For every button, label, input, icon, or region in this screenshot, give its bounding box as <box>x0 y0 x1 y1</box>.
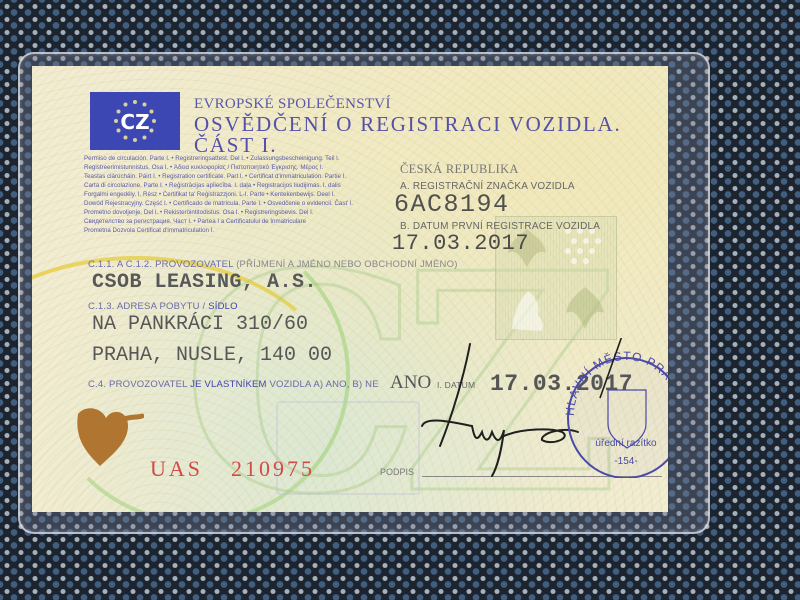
field-c13-label-prefix: C.1.3. ADRESA POBYTU / <box>88 301 205 312</box>
eagle-icon <box>556 279 614 338</box>
first-registration-date-value: 17.03.2017 <box>392 231 529 256</box>
registration-certificate: CZ CZ EVROPSKÉ SPOLEČENSTVÍ OSVĚDČENÍ O … <box>32 66 668 512</box>
multilang-line: Carta di circolazione. Parte I. • Reģist… <box>84 181 364 190</box>
multilang-line: Registreerimistunnistus. Osa I. • Άδεια … <box>84 163 364 172</box>
field-c13-label: C.1.3. ADRESA POBYTU / SÍDLO <box>88 301 238 312</box>
document-serial-number: UAS210975 <box>150 456 315 482</box>
field-c11-label-suffix: (PŘÍJMENÍ A JMÉNO NEBO OBCHODNÍ JMÉNO) <box>236 259 457 270</box>
signature-label: PODPIS <box>380 467 414 477</box>
header-community: EVROPSKÉ SPOLEČENSTVÍ <box>194 96 391 113</box>
lion-icon <box>498 279 556 338</box>
linden-leaf-hologram-icon <box>72 404 144 468</box>
handwritten-signature <box>412 336 582 486</box>
field-c4-label-mid: JE VLASTNÍKEM <box>190 379 267 390</box>
stamp-number: -154- <box>614 456 637 467</box>
field-c4-label-suffix: VOZIDLA a) ANO, b) NE <box>270 379 379 390</box>
field-c11-label: C.1.1. a C.1.2. PROVOZOVATEL (PŘÍJMENÍ A… <box>88 259 458 270</box>
multilang-line: Prometno dovoljenje. Del I. • Rekisteröi… <box>84 208 364 217</box>
country-code: CZ <box>90 110 180 134</box>
multilang-line: Prometna Dozvola Certificat d'immatricul… <box>84 226 364 235</box>
field-c13-label-suffix: SÍDLO <box>208 301 238 312</box>
operator-name-value: CSOB LEASING, A.S. <box>92 271 317 294</box>
serial-series: UAS <box>150 456 203 481</box>
registration-plate-value: 6AC8194 <box>394 190 510 219</box>
multilang-line: Свидетелство за регистрация. Част I. • P… <box>84 217 364 226</box>
address-line-1: NA PANKRÁCI 310/60 <box>92 313 308 336</box>
multilang-line: Permiso de circulación. Parte I. • Regis… <box>84 154 364 163</box>
eu-cz-flag-icon: CZ <box>90 92 180 150</box>
address-line-2: PRAHA, NUSLE, 140 00 <box>92 344 332 367</box>
field-c4-label: C.4. PROVOZOVATEL JE VLASTNÍKEM VOZIDLA … <box>88 379 379 390</box>
issuer-country: ČESKÁ REPUBLIKA <box>400 162 519 177</box>
field-c11-label-prefix: C.1.1. a C.1.2. PROVOZOVATEL <box>88 259 233 270</box>
serial-number: 210975 <box>231 456 315 481</box>
multilang-line: Dowód Rejestracyjny. Część I. • Certific… <box>84 199 364 208</box>
multilingual-titles: Permiso de circulación. Parte I. • Regis… <box>84 154 364 235</box>
stamp-inner-text: úřední razítko <box>595 438 657 449</box>
multilang-line: Forgalmi engedély. I. Rész • Ċertifikat … <box>84 190 364 199</box>
field-c4-label-prefix: C.4. PROVOZOVATEL <box>88 379 187 390</box>
multilang-line: Teastas clárúcháin. Páirt I. • Registrat… <box>84 172 364 181</box>
official-stamp: HLAVNÍ MĚSTO PRAHA úřední razítko -154- <box>560 338 668 478</box>
